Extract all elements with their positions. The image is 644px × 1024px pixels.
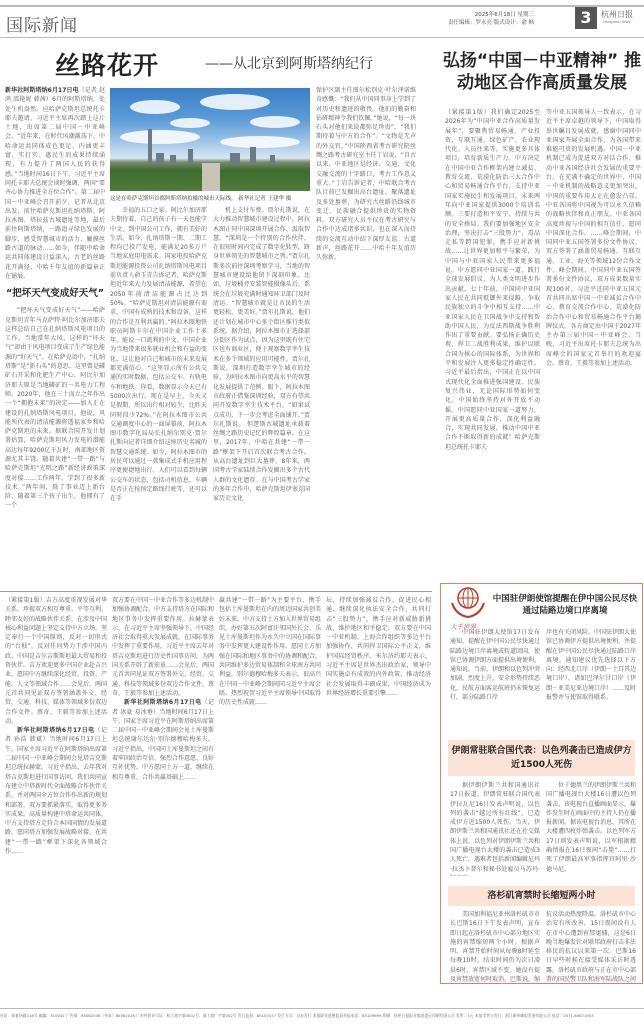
lead-body-1: 6月的阿斯塔纳，处处生机盎然。应哈萨克斯坦总统托卡耶夫邀请，习近平主席再次踏上这… xyxy=(5,96,105,280)
paper-logo-en: Hangzhou Daily xyxy=(603,20,631,24)
right-headline: 弘扬“中国－中亚精神” 推动地区合作高质量发展 xyxy=(440,50,644,94)
box-subhead-2: 伊朗常驻联合国代表：以色列袭击已造成伊方近1500人死伤 xyxy=(448,740,635,776)
lower-column-1: （紧接第1版）吉方高度重视发展对华关系，珍视双方相互尊重、平等互利、睦邻友好的战… xyxy=(5,596,107,1001)
box-story2-body-2: 位于德黑兰的伊朗伊斯兰共和国广播电视台大楼16日遭以色列袭击。该电视台直播画面显… xyxy=(546,781,636,874)
lead-column-2: 幸福的五口之家。阿比尔加济耶夫期待着，自己的孩子有一天也能学中文、到中国公司工作… xyxy=(110,206,207,556)
lower-dateline-2: 新华社阿斯塔纳6月17日电 xyxy=(17,727,95,734)
lead-column-3: 机上支付车费。贾尔扎斯说，在大力推动智慧城市建设过程中，阿拉木图正同中国深圳开展… xyxy=(213,206,310,556)
photo-caption: 这是在哈萨克斯坦首都阿斯塔纳拍摄的城市天际线。 新华社记者 王建华 摄 xyxy=(110,194,310,202)
page-number: 3 xyxy=(575,7,597,29)
box-story3-col2: 抗议活动热度降温，洛杉矶市中心治安有所改善。15日夜间没有人在市中心遭到宵禁逮捕… xyxy=(546,910,636,982)
lead-dateline: 新华社阿斯塔纳6月17日电 xyxy=(5,87,79,94)
lower-column-2: 双方要在中国－中亚合作等多边机制中加强协调配合。中方支持塔方在国际和地区事务中发… xyxy=(112,596,214,1001)
box-headline: 中国驻伊朗使馆提醒在伊中国公民尽快通过陆路边境口岸离境 xyxy=(490,593,640,617)
lower-body-2b: 当地时间6月17日上午，国家主席习近平在阿斯塔纳出席第二届中国－中亚峰会期间会见… xyxy=(112,709,214,781)
lower-column-3: 赢共建“一带一路”为主要平台，携手包括土库曼斯坦在内的周边国家共创美好未来。中方… xyxy=(219,596,321,1001)
section-title: 国际新闻 xyxy=(6,11,78,36)
header-top-rule xyxy=(0,5,644,7)
globe-hands-icon xyxy=(448,585,488,621)
box-story1-body-2: 岸也有关闭风险。中国驻伊朗大使馆已协调伊方提供出境便利，并提醒在伊中国公民尽快通… xyxy=(546,628,636,702)
imprint-footer: 社址：体育场路218号 邮编：310041 广告部：85062036（传真）85… xyxy=(0,1013,644,1019)
paper-logo: 杭州日报 xyxy=(601,9,633,20)
box-story1-body-1: 中国驻伊朗大使馆17日发布通知，提醒在伊中国公民尽快通过陆路边境口岸离境或转道回… xyxy=(450,628,540,702)
box-story3-col1: 美国加利福尼亚州洛杉矶市市长巴斯16日下午发表声明，宣布即日起在洛杉矶市中心部分… xyxy=(450,910,540,982)
lead-headline: 丝路花开 xyxy=(55,46,159,82)
lower-body-2: 双方要在中国－中亚合作等多边机制中加强协调配合。中方支持塔方在国际和地区事务中发… xyxy=(112,596,214,698)
lead-body-1b: “把坏天气变成好天气”——哈萨克斯坦青年马克萨特·阿比尔加济耶夫这样总结自己在扎… xyxy=(5,306,105,511)
photo-road xyxy=(202,163,220,191)
lead-column-1: 新华社阿斯塔纳6月17日电（记者 赵鸿 邵艳妮 韩茜）6月的阿斯塔纳，处处生机盎… xyxy=(5,86,105,556)
footer-rule xyxy=(0,1008,644,1009)
box-story2-body-1: 据伊朗伊斯兰共和国通讯社17日报道，伊朗常驻联合国代表伊拉瓦尼16日发表声明说，… xyxy=(450,781,540,876)
box-story2-col1: 据伊朗伊斯兰共和国通讯社17日报道，伊朗常驻联合国代表伊拉瓦尼16日发表声明说，… xyxy=(450,781,540,876)
editor-credits: 责任编辑：罗永亮 版式设计：俞 枫 xyxy=(448,19,534,27)
lower-dateline-3: 新华社阿斯塔纳6月17日电 xyxy=(124,699,202,706)
box-story1-col2: 岸也有关闭风险。中国驻伊朗大使馆已协调伊方提供出境便利，并提醒在伊中国公民尽快通… xyxy=(546,628,636,723)
lead-subhead-1: “把坏天气变成好天气” xyxy=(5,287,105,300)
right-body-1: （紧接第1版）我们确定2025至2026年为“中国中亚合作高质量发展年”，要聚焦… xyxy=(445,108,540,452)
header-bottom-rule xyxy=(0,37,644,38)
lower-body-4: 坛，持续加强减贫合作，促进民心相通，继续深化执法安全合作，共同打击“三股势力”，… xyxy=(326,596,431,698)
lead-subheadline: ——从北京到阿斯塔纳纪行 xyxy=(205,53,373,73)
section-divider xyxy=(0,591,432,592)
box-story2-col2: 位于德黑兰的伊朗伊斯兰共和国广播电视台大楼16日遭以色列袭击。该电视台直播画面显… xyxy=(546,781,636,876)
lead-column-4: 保护区副主任图尔松别克·叶尔泽诺维奇感慨：“我们从中国同事身上学到了对历史和遗迹… xyxy=(316,86,416,556)
box-story1-col1: 中国驻伊朗大使馆17日发布通知，提醒在伊中国公民尽快通过陆路边境口岸离境或转道回… xyxy=(450,628,540,723)
issue-meta: 2025年6月18日 星期三 责任编辑：罗永亮 版式设计：俞 枫 xyxy=(448,11,534,27)
box-story3-body-2: 抗议活动热度降温，洛杉矶市中心治安有所改善。15日夜间没有人在市中心遭到宵禁逮捕… xyxy=(546,911,636,982)
lower-column-4: 坛，持续加强减贫合作，促进民心相通，继续深化执法安全合作，共同打击“三股势力”，… xyxy=(326,596,431,1001)
box-story3-body-1: 美国加利福尼亚州洛杉矶市市长巴斯16日下午发表声明，宣布即日起在洛杉矶市中心部分… xyxy=(450,910,540,982)
page-header: 国际新闻 2025年6月18日 星期三 责任编辑：罗永亮 版式设计：俞 枫 3 … xyxy=(0,0,644,40)
lead-body-3: 机上支付车费。贾尔扎斯说，在大力推动智慧城市建设过程中，阿拉木图正同中国深圳开展… xyxy=(213,206,310,504)
lower-body-1: （紧接第1版）吉方高度重视发展对华关系，珍视双方相互尊重、平等互利、睦邻友好的战… xyxy=(5,596,107,726)
lead-photo-astana-skyline xyxy=(110,88,310,191)
right-column-2: 等中亚五国领导人一致表示，在习近平主席卓越的领导下，中国取得举世瞩目发展成就，感… xyxy=(546,108,641,578)
right-body-2: 等中亚五国领导人一致表示，在习近平主席卓越的领导下，中国取得举世瞩目发展成就，感… xyxy=(546,108,641,368)
lower-body-1b: 当地时间6月17日上午，国家主席习近平在阿斯塔纳出席第二届中国－中亚峰会期间会见… xyxy=(5,736,107,855)
box-subhead-3: 洛杉矶宵禁时长缩短两小时 xyxy=(448,886,635,906)
right-column-1: （紧接第1版）我们确定2025至2026年为“中国中亚合作高质量发展年”，要聚焦… xyxy=(445,108,540,578)
lead-body-2: 幸福的五口之家。阿比尔加济耶夫期待着，自己的孩子有一天也能学中文、到中国公司工作… xyxy=(110,206,207,504)
lead-body-4: 保护区副主任图尔松别克·叶尔泽诺维奇感慨：“我们从中国同事身上学到了对历史和遗迹… xyxy=(316,86,416,263)
issue-date: 2025年6月18日 星期三 xyxy=(448,11,534,19)
lower-body-3: 赢共建“一带一路”为主要平台，携手包括土库曼斯坦在内的周边国家共创美好未来。中方… xyxy=(219,596,321,708)
